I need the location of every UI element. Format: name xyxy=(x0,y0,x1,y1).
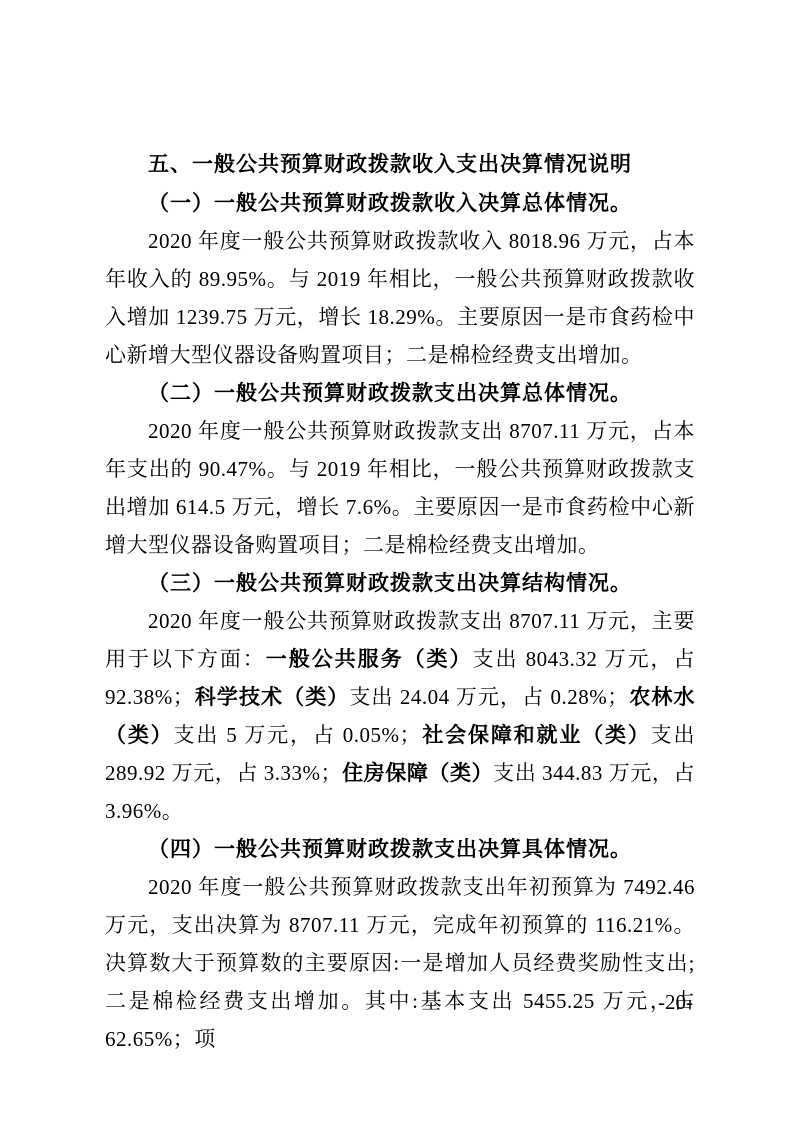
section-4-paragraph: 2020 年度一般公共预算财政拨款支出年初预算为 7492.46 万元，支出决算… xyxy=(105,868,695,1058)
section-1-paragraph: 2020 年度一般公共预算财政拨款收入 8018.96 万元，占本年收入的 89… xyxy=(105,222,695,374)
section-1-title: （一）一般公共预算财政拨款收入决算总体情况。 xyxy=(105,184,695,222)
main-heading: 五、一般公共预算财政拨款收入支出决算情况说明 xyxy=(105,146,695,184)
section-3-segment-bold: 住房保障（类） xyxy=(342,761,493,785)
section-3-segment-bold: 社会保障和就业（类） xyxy=(421,723,651,747)
section-3-segment: 支出 24.04 万元，占 0.28%； xyxy=(349,685,628,709)
section-3-segment: 支出 5 万元，占 0.05%； xyxy=(174,723,422,747)
document-content: 五、一般公共预算财政拨款收入支出决算情况说明 （一）一般公共预算财政拨款收入决算… xyxy=(105,146,695,1058)
section-3-segment-bold: 科学技术（类） xyxy=(194,685,349,709)
section-2-title: （二）一般公共预算财政拨款支出决算总体情况。 xyxy=(105,374,695,412)
section-2-paragraph: 2020 年度一般公共预算财政拨款支出 8707.11 万元，占本年支出的 90… xyxy=(105,412,695,564)
page-number: -20- xyxy=(658,990,693,1014)
section-3-title: （三）一般公共预算财政拨款支出决算结构情况。 xyxy=(105,564,695,602)
section-3-paragraph: 2020 年度一般公共预算财政拨款支出 8707.11 万元，主要用于以下方面：… xyxy=(105,602,695,830)
section-3-segment-bold: 一般公共服务（类） xyxy=(266,647,473,671)
document-page: 五、一般公共预算财政拨款收入支出决算情况说明 （一）一般公共预算财政拨款收入决算… xyxy=(0,0,793,1122)
section-4-title: （四）一般公共预算财政拨款支出决算具体情况。 xyxy=(105,830,695,868)
